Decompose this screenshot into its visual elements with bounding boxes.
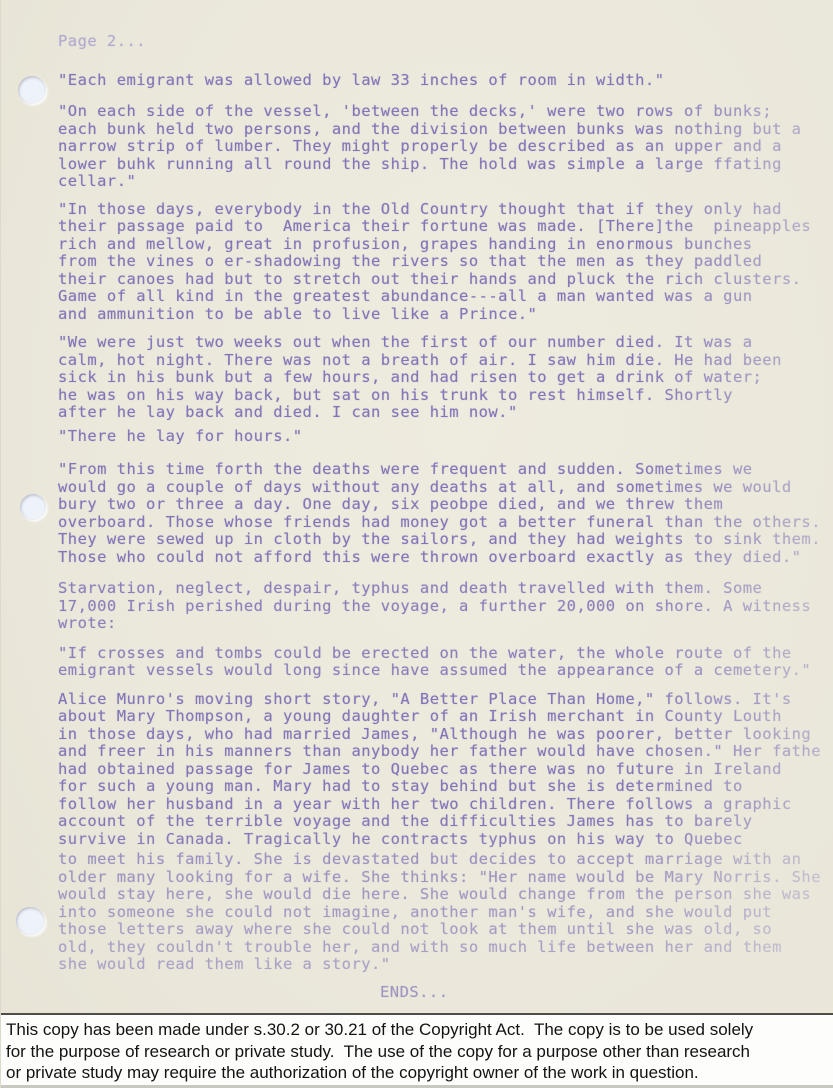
paragraph-bunks: "On each side of the vessel, 'between th… [58, 103, 833, 191]
paragraph-first-death: "We were just two weeks out when the fir… [58, 334, 833, 422]
paragraph-mary-norris: to meet his family. She is devastated bu… [58, 851, 833, 974]
punch-hole-top [18, 76, 46, 104]
punch-hole-middle [20, 494, 46, 520]
typed-text-area: Page 2... "Each emigrant was allowed by … [1, 0, 833, 1013]
paragraph-lay-for-hours: "There he lay for hours." [58, 428, 833, 446]
paragraph-crosses-and-tombs: "If crosses and tombs could be erected o… [58, 645, 833, 680]
paragraph-starvation: Starvation, neglect, despair, typhus and… [58, 580, 833, 633]
paragraph-frequent-deaths: "From this time forth the deaths were fr… [58, 461, 833, 566]
paragraph-emigrant-width: "Each emigrant was allowed by law 33 inc… [58, 72, 833, 90]
page-number-label: Page 2... [58, 33, 833, 51]
ends-label: ENDS... [58, 984, 833, 1002]
copyright-notice-text: This copy has been made under s.30.2 or … [1, 1015, 833, 1084]
document-page: Page 2... "Each emigrant was allowed by … [0, 0, 833, 1088]
paragraph-old-country: "In those days, everybody in the Old Cou… [58, 201, 833, 324]
paragraph-alice-munro-story: Alice Munro's moving short story, "A Bet… [58, 691, 833, 849]
copyright-footer: This copy has been made under s.30.2 or … [1, 1013, 833, 1088]
punch-hole-bottom [16, 907, 45, 935]
